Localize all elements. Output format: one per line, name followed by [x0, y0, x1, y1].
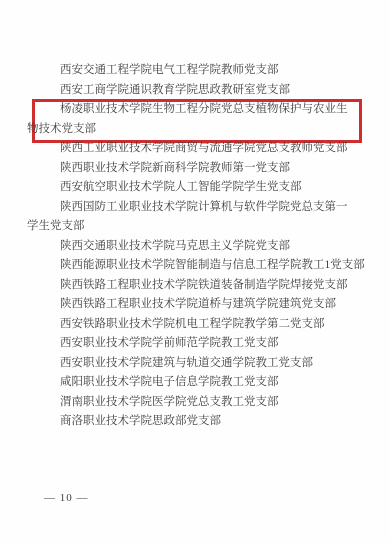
page-number: — 10 —	[44, 490, 89, 506]
branch-list-line: 西安铁路职业技术学院机电工程学院教学第二党支部	[60, 315, 325, 335]
branch-list-line: 陕西能源职业技术学院智能制造与信息工程学院教工1党支部	[60, 256, 365, 276]
branch-list-line: 陕西铁路工程职业技术学院铁道装备制造学院焊接党支部	[60, 276, 348, 296]
branch-list-line: 西安航空职业技术学院人工智能学院学生党支部	[60, 178, 302, 198]
branch-list-line: 渭南职业技术学院医学院党总支教工党支部	[60, 393, 279, 413]
branch-list-line-highlighted: 杨凌职业技术学院生物工程分院党总支植物保护与农业生	[60, 100, 348, 120]
branch-list-line: 陕西职业技术学院新商科学院教师第一党支部	[60, 159, 290, 179]
branch-list-line: 陕西铁路工程职业技术学院道桥与建筑学院建筑党支部	[60, 295, 336, 315]
branch-list-line: 陕西工业职业技术学院商贸与流通学院党总支教师党支部	[60, 139, 348, 159]
branch-list-line: 商洛职业技术学院思政部党支部	[60, 412, 221, 432]
branch-list-line: 咸阳职业技术学院电子信息学院教工党支部	[60, 373, 279, 393]
branch-list-line: 陕西国防工业职业技术学院计算机与软件学院党总支第一	[60, 198, 348, 218]
branch-list-line: 西安工商学院通识教育学院思政教研室党支部	[60, 81, 290, 101]
branch-list-line: 西安职业技术学院学前师范学院教工党支部	[60, 334, 279, 354]
branch-list-line: 学生党支部	[27, 217, 85, 237]
document-page: 西安交通工程学院电气工程学院教师党支部西安工商学院通识教育学院思政教研室党支部杨…	[0, 0, 390, 542]
branch-list-line: 陕西交通职业技术学院马克思主义学院党支部	[60, 237, 290, 257]
branch-list-line-highlighted: 物技术党支部	[27, 120, 96, 140]
branch-list-line: 西安职业技术学院建筑与轨道交通学院教工党支部	[60, 354, 313, 374]
branch-list-line: 西安交通工程学院电气工程学院教师党支部	[60, 61, 279, 81]
